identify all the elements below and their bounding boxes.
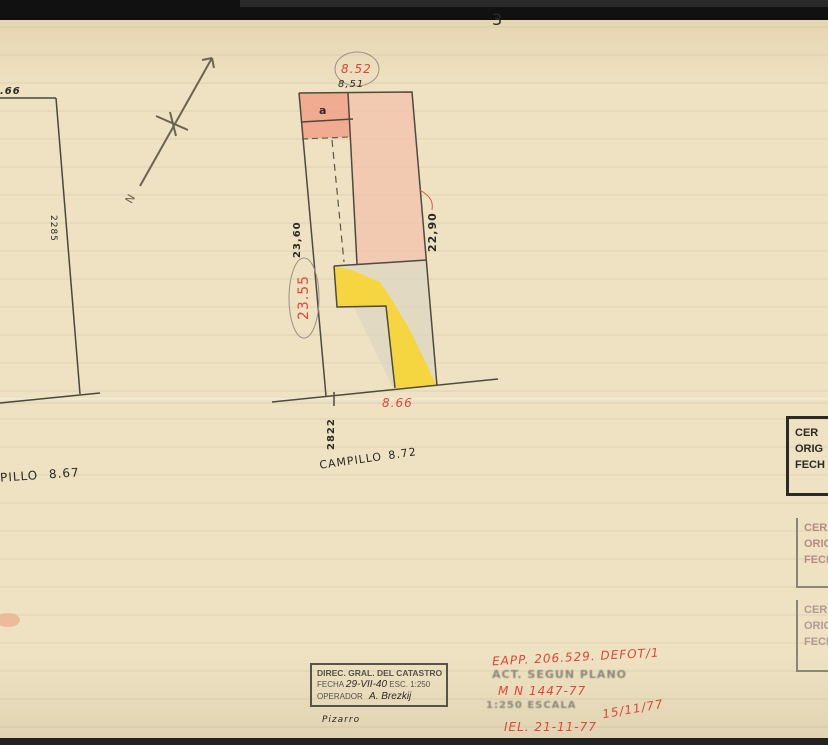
top-dimension: 8,51	[338, 79, 364, 90]
bottom-dimension-red: 8.66	[382, 396, 413, 410]
north-arrow-icon	[140, 58, 214, 186]
top-dimension-red: 8.52	[341, 62, 372, 76]
edge-stamp-line: FECH	[804, 634, 828, 650]
right-dimension: 22,90	[426, 212, 439, 252]
left-parcel-top-dimension: .66	[0, 86, 21, 97]
edge-stamp-line: CER	[795, 425, 828, 441]
annotation-line-4: IEL. 21-11-77	[504, 720, 597, 734]
annotation-stamp-line-3: 1:250 ESCALA	[486, 700, 577, 711]
stamp-operator-row: OPERADOR A. Brezkij	[317, 691, 441, 703]
parcel-dashed-line	[332, 140, 344, 262]
plan-drawing	[0, 0, 828, 745]
stamp-escala-value: 1:250	[410, 680, 430, 689]
edge-stamp-line: FECH	[804, 552, 828, 568]
edge-stamp-line: ORIG	[804, 536, 828, 552]
left-parcel-outline	[0, 98, 100, 403]
offset-dimension: 2822	[326, 418, 337, 450]
document-sheet: 3 .66 2285 8.52 8,51 a 23,60 23.55 22,90…	[0, 0, 828, 745]
stamp-title: DIREC. GRAL. DEL CATASTRO	[317, 667, 441, 679]
stamp-fecha-label: FECHA	[317, 680, 344, 689]
catastro-stamp: DIREC. GRAL. DEL CATASTRO FECHA 29-VII-4…	[310, 663, 448, 707]
signature: Pizarro	[322, 715, 360, 725]
edge-stamp-faded-1: CER ORIG FECH	[796, 518, 828, 588]
stamp-fecha-value: 29-VII-40	[346, 679, 387, 690]
stamp-operador-value: A. Brezkij	[369, 691, 411, 702]
stamp-date-row: FECHA 29-VII-40 ESC. 1:250	[317, 679, 441, 691]
annotation-date: 15/11/77	[601, 697, 664, 722]
page-number: 3	[492, 10, 503, 29]
faded-red-mark	[0, 613, 20, 627]
edge-stamp-line: CER	[804, 602, 828, 618]
edge-stamp-faded-2: CER ORIG FECH	[796, 600, 828, 672]
annotation-block: EAPP. 206.529. DEFOT/1 ACT. SEGUN PLANO …	[480, 650, 680, 740]
subdivision-label-a: a	[319, 104, 327, 117]
annotation-stamp-line-2: ACT. SEGUN PLANO	[492, 668, 627, 681]
annotation-line-3: M N 1447-77	[498, 684, 586, 698]
edge-stamp-black: CER ORIG FECH	[786, 416, 828, 496]
edge-stamp-line: ORIG	[795, 441, 828, 457]
stamp-operador-label: OPERADOR	[317, 692, 363, 701]
edge-stamp-line: ORIG	[804, 618, 828, 634]
stamp-escala-label: ESC.	[389, 680, 408, 689]
parcel-rear-fill	[348, 92, 427, 264]
edge-stamp-line: CER	[804, 520, 828, 536]
left-dimension-red: 23.55	[296, 275, 312, 320]
left-parcel-side-dimension: 2285	[48, 215, 58, 242]
left-dimension: 23,60	[292, 221, 303, 258]
annotation-line-1: EAPP. 206.529. DEFOT/1	[492, 646, 660, 669]
edge-stamp-line: FECH	[795, 457, 828, 473]
